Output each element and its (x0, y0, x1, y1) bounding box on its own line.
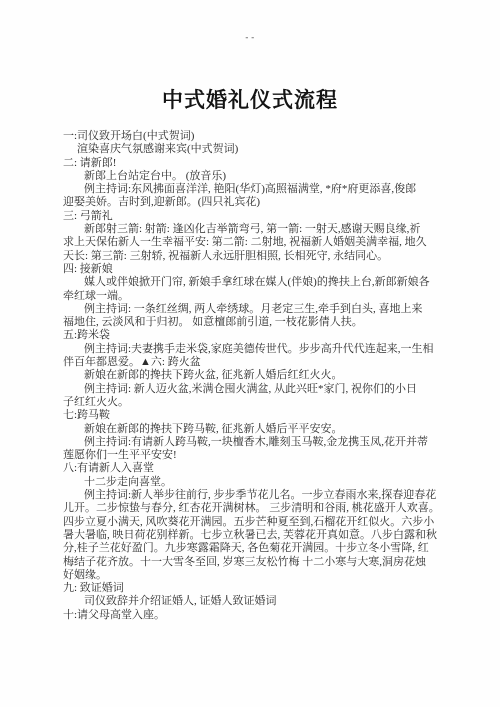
text-line: 分,桂子兰花好盈门。九步寒露霜降天, 各色菊花开满园。十步立冬小雪降, 红 (63, 542, 448, 555)
text-line: 福地住, 云淡风和于归初。 如意檀郎前引道, 一枝花影倩人扶。 (63, 316, 448, 329)
text-line: 九: 致证婚词 (63, 582, 448, 595)
document-title: 中式婚礼仪式流程 (0, 84, 500, 114)
text-line: 四: 接新娘 (63, 263, 448, 276)
text-line: 新郎上台站定台中。 (放音乐) (63, 170, 448, 183)
text-line: 牵红球一端。 (63, 290, 448, 303)
text-line: 天长: 第三箭: 三射轿, 祝福新人永远肝胆相照, 长相死守, 永结同心。 (63, 250, 448, 263)
text-line: 例主持词: 新人迈火盆,米满仓囤火满盆, 从此兴旺*家门, 祝你们的小日 (63, 383, 448, 396)
text-line: 渲染喜庆气氛感谢来宾(中式贺词) (63, 143, 448, 156)
document-page: -- 中式婚礼仪式流程 一:司仪致开场白(中式贺词)渲染喜庆气氛感谢来宾(中式贺… (0, 0, 500, 707)
text-line: 迎娶美娇。吉时到,迎新郎。(四只礼宾花) (63, 196, 448, 209)
text-line: 媒人或伴娘掀开门帘, 新娘手拿红球在媒人(伴娘)的搀扶上台,新郎新娘各 (63, 276, 448, 289)
text-line: 四步立夏小满天, 风吹葵花开满园。五步芒种夏至到,石榴花开红似火。六步小 (63, 516, 448, 529)
text-line: 例主持词:有请新人跨马鞍,一块檀香木,雕刻玉马鞍,金龙携玉凤,花开并蒂 (63, 436, 448, 449)
page-header-mark: -- (0, 33, 500, 43)
text-line: 司仪致辞并介绍证婚人, 证婚人致证婚词 (63, 595, 448, 608)
text-line: 一:司仪致开场白(中式贺词) (63, 130, 448, 143)
document-body: 一:司仪致开场白(中式贺词)渲染喜庆气氛感谢来宾(中式贺词)二: 请新郎!新郎上… (63, 130, 448, 622)
text-line: 新娘在新郎的搀扶下跨马鞍, 征兆新人婚后平平安安。 (63, 423, 448, 436)
text-line: 三: 弓箭礼 (63, 210, 448, 223)
text-line: 例主持词: 一条红丝绸, 两人牵绣球。月老定三生,牵手到白头, 喜地上来 (63, 303, 448, 316)
text-line: 梅结子花齐放。十一大雪冬至回, 岁寒三友松竹梅 十二小寒与大寒,洞房花烛 (63, 556, 448, 569)
text-line: 七:跨马鞍 (63, 409, 448, 422)
text-line: 二: 请新郎! (63, 157, 448, 170)
text-line: 伴百年都恩爱。▲六: 跨火盆 (63, 356, 448, 369)
text-line: 子红红火火。 (63, 396, 448, 409)
text-line: 五:跨米袋 (63, 329, 448, 342)
text-line: 新郎射三箭: 射箭: 逢凶化吉举箭弯弓, 第一箭: 一射天,感谢天赐良缘,祈 (63, 223, 448, 236)
text-line: 十:请父母高堂入座。 (63, 609, 448, 622)
text-line: 八:有请新人入喜堂 (63, 462, 448, 475)
text-line: 求上天保佑新人一生幸福平安: 第二箭: 二射地, 祝福新人婚姻美满幸福, 地久 (63, 236, 448, 249)
text-line: 例主持词:新人举步往前行, 步步季节花儿名。一步立春雨水来,探春迎春花 (63, 489, 448, 502)
text-line: 新娘在新郎的搀扶下跨火盆, 征兆新人婚后红红火火。 (63, 369, 448, 382)
text-line: 暑大暑临, 映日荷花别样新。七步立秋暑已去, 芙蓉花开真如意。八步白露和秋 (63, 529, 448, 542)
text-line: 好姻缘。 (63, 569, 448, 582)
text-line: 莲愿你们一生平平安安! (63, 449, 448, 462)
text-line: 例主持词:东风拂面喜洋洋, 艳阳(华灯)高照福满堂, *府*府更添喜,俊郎 (63, 183, 448, 196)
text-line: 儿开。二步惊蛰与春分, 红杏花开满树林。 三步清明和谷雨, 桃花盛开人欢喜。 (63, 502, 448, 515)
text-line: 例主持词:夫妻携手走米袋,家庭美德传世代。步步高升代代连起来,一生相 (63, 343, 448, 356)
text-line: 十二步走向喜堂。 (63, 476, 448, 489)
